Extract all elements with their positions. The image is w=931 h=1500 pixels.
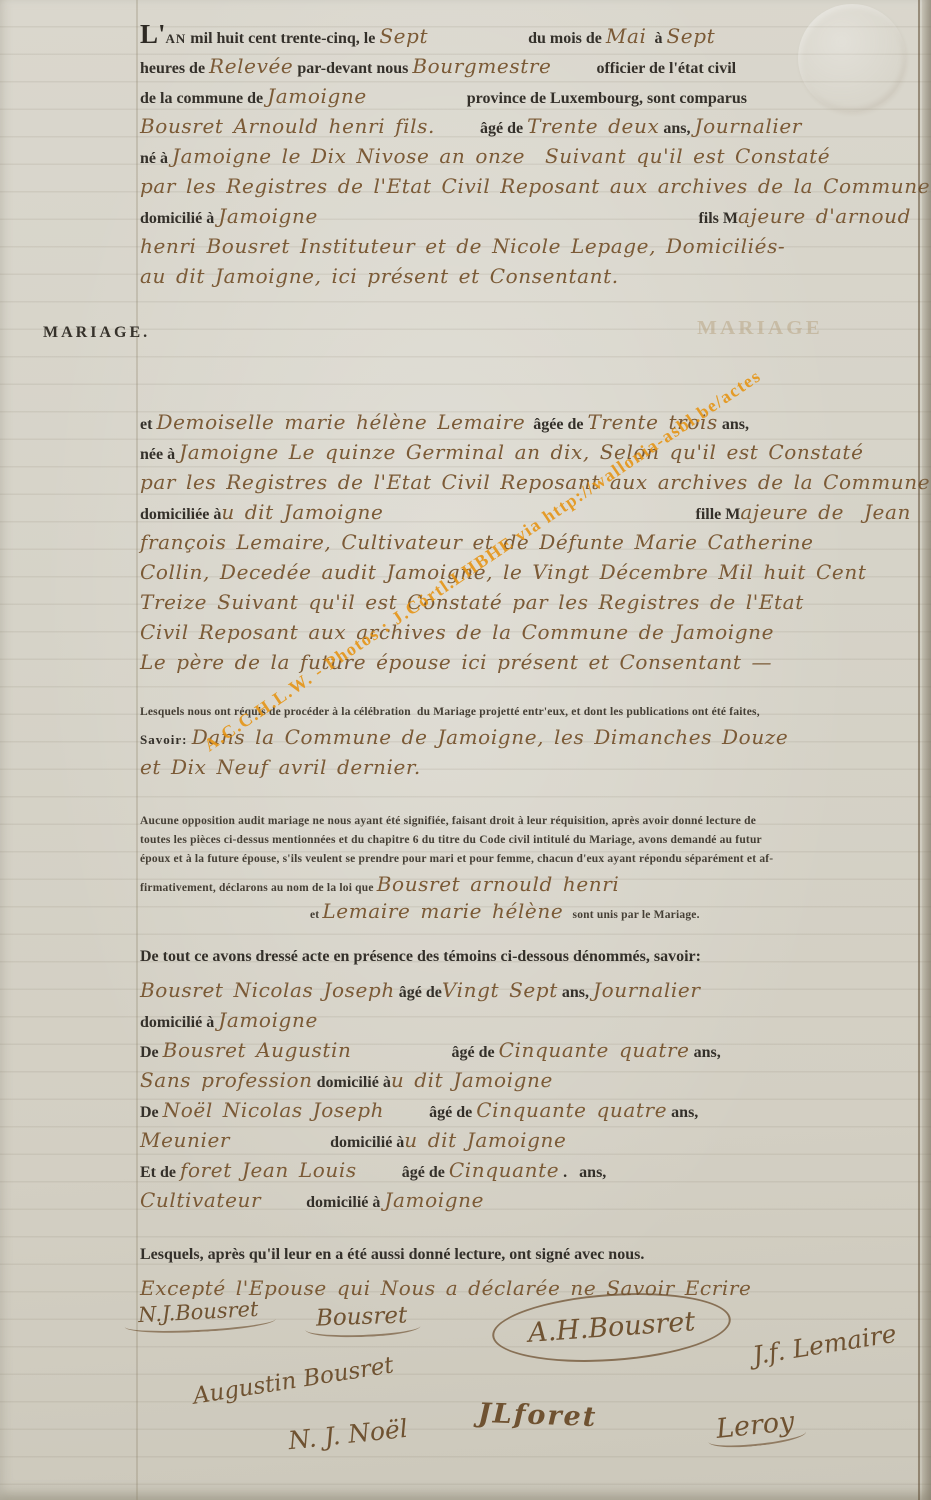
printed-text: L' — [140, 24, 166, 44]
printed-text: de la commune de — [140, 90, 267, 108]
page-right-edge — [922, 0, 931, 1500]
handwritten-text: Jamoigne Le quinze Germinal an dix, Selo… — [179, 440, 863, 464]
printed-text: du mois de — [528, 30, 606, 48]
handwritten-text: ajeure de Jean — [740, 500, 911, 524]
doc-line: né à Jamoigne le Dix Nivose an onze Suiv… — [140, 144, 911, 174]
handwritten-text: Treize Suivant qu'il est Constaté par le… — [140, 590, 804, 614]
handwritten-text: par les Registres de l'Etat Civil Reposa… — [140, 174, 930, 198]
doc-line: Civil Reposant aux archives de la Commun… — [140, 620, 911, 650]
doc-line: De tout ce avons dressé acte en présence… — [140, 948, 911, 978]
handwritten-text: au dit Jamoigne, ici présent et Consenta… — [140, 264, 619, 288]
signature-nj-bousret: N.J.Bousret — [137, 1297, 259, 1327]
handwritten-text: Dans la Commune de Jamoigne, les Dimanch… — [192, 725, 789, 749]
handwritten-text: u dit Jamoigne — [221, 500, 383, 524]
doc-line: Bousret Arnould henri fils.âgé de Trente… — [140, 114, 911, 144]
handwritten-text: Cinquante quatre — [476, 1098, 667, 1122]
doc-line: au dit Jamoigne, ici présent et Consenta… — [140, 264, 911, 294]
printed-text: né à — [140, 150, 172, 168]
handwritten-text: Trente deux — [527, 114, 659, 138]
printed-text: AN — [166, 31, 187, 47]
signature-ah-bousret: A.H.Bousret — [490, 1286, 733, 1370]
printed-text: domicilié à — [140, 210, 218, 228]
handwritten-text: Cinquante quatre — [499, 1038, 690, 1062]
handwritten-text: Bourgmestre — [412, 54, 551, 78]
printed-text: firmativement, déclarons au nom de la lo… — [140, 882, 377, 894]
printed-text: ans, — [659, 120, 694, 138]
doc-line: firmativement, déclarons au nom de la lo… — [140, 872, 911, 899]
right-margin-rule-line — [918, 0, 920, 1500]
signature-nj-noel: N. J. Noël — [287, 1414, 409, 1455]
printed-text: toutes les pièces ci-dessus mentionnées … — [140, 834, 762, 846]
doc-line: L'AN mil huit cent trente-cinq, le Septd… — [140, 24, 911, 54]
printed-text: officier de l'état civil — [596, 60, 736, 78]
handwritten-text: Noël Nicolas Joseph — [163, 1098, 384, 1122]
signature-jf-lemaire: J.f. Lemaire — [751, 1319, 899, 1370]
printed-text: âgé de — [429, 1104, 476, 1122]
doc-line: par les Registres de l'Etat Civil Reposa… — [140, 174, 911, 204]
doc-line: et Lemaire marie hélène sont unis par le… — [140, 899, 911, 926]
printed-text: heures de — [140, 60, 209, 78]
handwritten-text: foret Jean Louis — [180, 1158, 357, 1182]
printed-text: ans, — [558, 984, 593, 1002]
handwritten-text: Relevée — [209, 54, 293, 78]
handwritten-text: Cinquante — [449, 1158, 559, 1182]
handwritten-text: françois Lemaire, Cultivateur et de Défu… — [140, 530, 814, 554]
doc-line: domicilié à Jamoignefils Majeure d'arnou… — [140, 204, 911, 234]
doc-line: et Demoiselle marie hélène Lemaire âgée … — [140, 410, 911, 440]
handwritten-text: Sans profession — [140, 1068, 313, 1092]
printed-text: époux et à la future épouse, s'ils veule… — [140, 853, 773, 865]
handwritten-text: Vingt Sept — [442, 978, 558, 1002]
printed-text: province de Luxembourg, sont comparus — [467, 90, 747, 108]
printed-text: mil huit cent trente-cinq, le — [186, 30, 379, 48]
printed-text: âgée de — [525, 416, 587, 434]
handwritten-text: Bousret Augustin — [163, 1038, 352, 1062]
document-body: L'AN mil huit cent trente-cinq, le Septd… — [140, 24, 911, 1306]
printed-text: et — [140, 416, 156, 434]
printed-text: domiciliée à — [140, 506, 221, 524]
printed-text: De tout ce avons dressé acte en présence… — [140, 948, 701, 966]
printed-text: domicilié à — [306, 1194, 384, 1212]
handwritten-text: Demoiselle marie hélène Lemaire — [156, 410, 525, 434]
marriage-act-page: MARIAGE. MARIAGE A.C.C.H.L.W. - Photos :… — [0, 0, 931, 1500]
handwritten-text: Journalier — [593, 978, 701, 1002]
doc-line: domicilié à Jamoigne — [140, 1008, 911, 1038]
printed-text: fils M — [698, 210, 738, 228]
doc-line: Sans profession domicilié àu dit Jamoign… — [140, 1068, 911, 1098]
doc-line: henri Bousret Instituteur et de Nicole L… — [140, 234, 911, 264]
doc-line: époux et à la future épouse, s'ils veule… — [140, 853, 911, 872]
doc-line: Savoir: Dans la Commune de Jamoigne, les… — [140, 725, 911, 755]
handwritten-text: Jamoigne le Dix Nivose an onze Suivant q… — [172, 144, 830, 168]
printed-text: Savoir: — [140, 732, 192, 748]
printed-text: née à — [140, 446, 179, 464]
handwritten-text: ajeure d'arnoud — [738, 204, 911, 228]
handwritten-text: Sept — [667, 24, 716, 48]
doc-line: De Noël Nicolas Josephâgé de Cinquante q… — [140, 1098, 911, 1128]
printed-text: domicilié à — [330, 1134, 404, 1152]
doc-line: Collin, Decedée audit Jamoigne, le Vingt… — [140, 560, 911, 590]
printed-text: Et de — [140, 1164, 180, 1182]
printed-text: âgé de — [395, 984, 442, 1002]
handwritten-text: Bousret arnould henri — [377, 872, 620, 896]
paper-crease-line — [136, 0, 138, 1500]
printed-text: ans, — [667, 1104, 698, 1122]
doc-line: toutes les pièces ci-dessus mentionnées … — [140, 834, 911, 853]
printed-text: ans, — [718, 416, 749, 434]
printed-text: fille M — [696, 506, 741, 524]
handwritten-text: u dit Jamoigne — [404, 1128, 566, 1152]
printed-text: ans, — [690, 1044, 721, 1062]
printed-text: âgé de — [480, 120, 527, 138]
handwritten-text: Jamoigne — [384, 1188, 484, 1212]
handwritten-text: Jamoigne — [218, 1008, 318, 1032]
doc-line: Et de foret Jean Louisâgé de Cinquante .… — [140, 1158, 911, 1188]
handwritten-text: Jamoigne — [267, 84, 367, 108]
printed-text: Lesquels, après qu'il leur en a été auss… — [140, 1246, 644, 1264]
doc-line: Cultivateurdomicilié à Jamoigne — [140, 1188, 911, 1218]
doc-line: heures de Relevée par-devant nous Bourgm… — [140, 54, 911, 84]
printed-text: De — [140, 1044, 163, 1062]
doc-line: et Dix Neuf avril dernier. — [140, 755, 911, 785]
printed-text: et — [310, 909, 322, 921]
handwritten-text: Collin, Decedée audit Jamoigne, le Vingt… — [140, 560, 866, 584]
printed-text: domicilié à — [140, 1014, 218, 1032]
handwritten-text: Cultivateur — [140, 1188, 261, 1212]
printed-text: âgé de — [402, 1164, 449, 1182]
doc-line: par les Registres de l'Etat Civil Reposa… — [140, 470, 911, 500]
doc-line: Lesquels, après qu'il leur en a été auss… — [140, 1246, 911, 1276]
doc-line: de la commune de Jamoigneprovince de Lux… — [140, 84, 911, 114]
printed-text: . ans, — [559, 1164, 606, 1182]
doc-line: Meunierdomicilié àu dit Jamoigne — [140, 1128, 911, 1158]
printed-text: âgé de — [452, 1044, 499, 1062]
doc-line: Bousret Nicolas Joseph âgé deVingt Sept … — [140, 978, 911, 1008]
printed-text: à — [647, 30, 667, 48]
printed-text: De — [140, 1104, 163, 1122]
signature-augustin-bousret: Augustin Bousret — [191, 1352, 395, 1409]
handwritten-text: u dit Jamoigne — [391, 1068, 553, 1092]
handwritten-text: henri Bousret Instituteur et de Nicole L… — [140, 234, 785, 258]
printed-text: Aucune opposition audit mariage ne nous … — [140, 815, 756, 827]
handwritten-text: Mai — [606, 24, 647, 48]
handwritten-text: et Dix Neuf avril dernier. — [140, 755, 421, 779]
doc-line: Le père de la future épouse ici présent … — [140, 650, 911, 680]
handwritten-text: Sept — [379, 24, 428, 48]
doc-line: Aucune opposition audit mariage ne nous … — [140, 815, 911, 834]
handwritten-text: Civil Reposant aux archives de la Commun… — [140, 620, 774, 644]
printed-text: domicilié à — [313, 1074, 391, 1092]
doc-line: De Bousret Augustinâgé de Cinquante quat… — [140, 1038, 911, 1068]
printed-text: par-devant nous — [293, 60, 412, 78]
doc-line: Treize Suivant qu'il est Constaté par le… — [140, 590, 911, 620]
margin-label-mariage: MARIAGE. — [43, 324, 150, 342]
handwritten-text: Jamoigne — [218, 204, 318, 228]
handwritten-text: par les Registres de l'Etat Civil Reposa… — [140, 470, 930, 494]
doc-line: née à Jamoigne Le quinze Germinal an dix… — [140, 440, 911, 470]
handwritten-text: Bousret Nicolas Joseph — [140, 978, 395, 1002]
signature-bousret: Bousret — [316, 1302, 408, 1331]
handwritten-text: Journalier — [694, 114, 802, 138]
signature-jl-foret: JLforet — [477, 1398, 597, 1433]
handwritten-text: Bousret Arnould henri fils. — [140, 114, 435, 138]
handwritten-text: Meunier — [140, 1128, 230, 1152]
signatures-area: N.J.BousretBousretA.H.BousretJ.f. Lemair… — [120, 1292, 931, 1497]
printed-text: sont unis par le Mariage. — [563, 909, 699, 921]
handwritten-text: Lemaire marie hélène — [322, 899, 563, 923]
handwritten-text: Le père de la future épouse ici présent … — [140, 650, 772, 674]
signature-leroy: Leroy — [715, 1406, 796, 1445]
